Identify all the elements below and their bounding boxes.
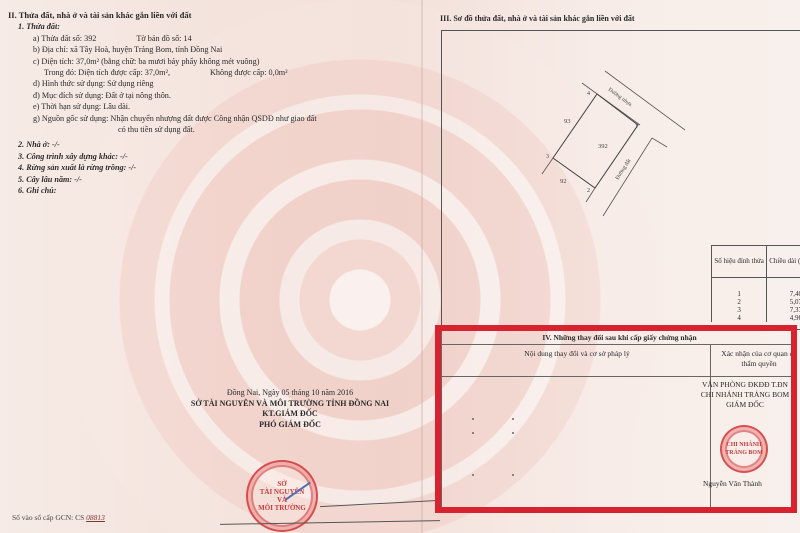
issuing-agency: SỞ TÀI NGUYÊN VÀ MÔI TRƯỜNG TỈNH ĐỒNG NA…	[160, 399, 420, 410]
other-item-forest: 4. Rừng sản xuất là rừng trồng: -/-	[8, 162, 408, 173]
svg-text:93: 93	[564, 118, 571, 125]
svg-text:3: 3	[546, 154, 549, 160]
area: c) Diện tích: 37,0m² (bằng chữ: ba mươi …	[8, 56, 408, 67]
svg-text:392: 392	[598, 143, 608, 150]
other-item-perennial: 5. Cây lâu năm: -/-	[8, 174, 408, 185]
header-vertex: Số hiệu đỉnh thửa	[712, 246, 767, 278]
vertex-cell: 2	[712, 298, 767, 306]
vertex-cell: 3	[712, 306, 767, 314]
address: b) Địa chỉ: xã Tây Hoà, huyện Trảng Bom,…	[8, 44, 408, 55]
parcel-number-row: a) Thửa đất số: 392 Tờ bản đồ số: 14	[8, 33, 408, 44]
stamp-line: SỞ	[277, 480, 286, 488]
other-item-construction: 3. Công trình xây dựng khác: -/-	[8, 151, 408, 162]
length-cell: 7,40	[767, 278, 800, 299]
page-fold	[421, 0, 423, 533]
role-line-1: KT.GIÁM ĐỐC	[160, 409, 420, 420]
svg-text:1: 1	[635, 124, 638, 130]
section-title-iii: III. Sơ đồ thửa đất, nhà ở và tài sản kh…	[440, 14, 635, 23]
serial-label: Số vào sổ cấp GCN: CS	[12, 513, 84, 522]
edge-length-table: Số hiệu đỉnh thửa Chiều dài (m) 17,40 25…	[711, 245, 800, 322]
serial-number: 08813	[86, 513, 105, 522]
place-date: Đồng Nai, Ngày 05 tháng 10 năm 2016	[160, 388, 420, 399]
length-cell: 4,96	[767, 314, 800, 322]
length-cell: 7,37	[767, 306, 800, 314]
header-length: Chiều dài (m)	[767, 246, 800, 278]
land-info-section: II. Thửa đất, nhà ở và tài sản khác gắn …	[8, 10, 408, 197]
issuer-signature-block: Đồng Nai, Ngày 05 tháng 10 năm 2016 SỞ T…	[160, 388, 420, 430]
area-granted: Trong đó: Diện tích được cấp: 37,0m²,	[44, 67, 170, 78]
agency-seal-stamp: SỞ TÀI NGUYÊN VÀ MÔI TRƯỜNG	[246, 460, 318, 532]
area-not-granted: Không được cấp: 0,0m²	[210, 67, 288, 78]
vertex-cell: 1	[712, 278, 767, 299]
parcel-diagram: 4 1 3 2 93 92 392 Đường nhựa Đường đất	[530, 70, 700, 220]
stamp-line: MÔI TRƯỜNG	[258, 504, 306, 512]
svg-text:Đường đất: Đường đất	[614, 157, 633, 181]
section-title-ii: II. Thửa đất, nhà ở và tài sản khác gắn …	[8, 10, 408, 21]
other-item-house: 2. Nhà ở: -/-	[8, 139, 408, 150]
use-term: e) Thời hạn sử dụng: Lâu dài.	[8, 101, 408, 112]
length-cell: 5,07	[767, 298, 800, 306]
area-breakdown: Trong đó: Diện tích được cấp: 37,0m², Kh…	[8, 67, 408, 78]
svg-text:2: 2	[587, 188, 590, 194]
svg-text:92: 92	[560, 178, 567, 185]
other-item-notes: 6. Ghi chú:	[8, 185, 408, 196]
parcel-number: a) Thửa đất số: 392	[33, 33, 96, 44]
highlight-box	[435, 325, 797, 513]
use-origin: g) Nguồn gốc sử dụng: Nhận chuyển nhượng…	[8, 113, 408, 124]
use-origin-cont: có thu tiền sử dụng đất.	[8, 124, 408, 135]
use-purpose: đ) Mục đích sử dụng: Đất ở tại nông thôn…	[8, 90, 408, 101]
land-parcel-heading: 1. Thửa đất:	[8, 21, 408, 32]
svg-text:4: 4	[587, 91, 590, 97]
role-line-2: PHÓ GIÁM ĐỐC	[160, 420, 420, 431]
vertex-cell: 4	[712, 314, 767, 322]
serial-line: Số vào sổ cấp GCN: CS 08813	[12, 513, 105, 522]
map-sheet: Tờ bản đồ số: 14	[136, 33, 191, 44]
use-form: d) Hình thức sử dụng: Sử dụng riêng	[8, 78, 408, 89]
